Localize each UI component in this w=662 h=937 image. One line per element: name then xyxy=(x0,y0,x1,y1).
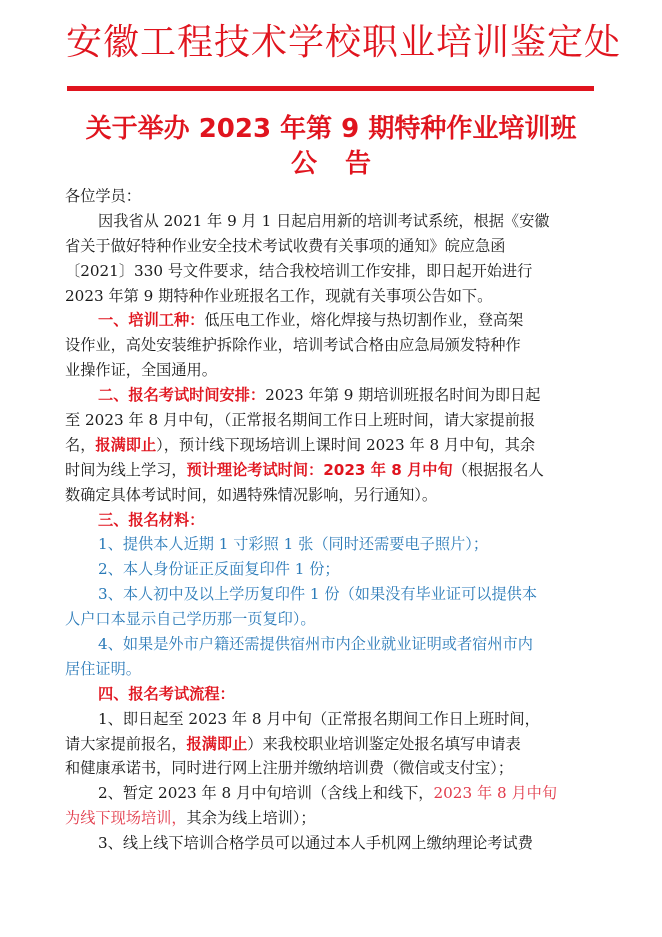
section-2-line: 名，报满即止），预计线下现场培训上课时间 2023 年 8 月中旬，其余 xyxy=(65,433,597,458)
salutation: 各位学员： xyxy=(65,184,597,209)
process-item: 和健康承诺书，同时进行网上注册并缴纳培训费（微信或支付宝）； xyxy=(65,756,597,781)
process-item: 3、线上线下培训合格学员可以通过本人手机网上缴纳理论考试费 xyxy=(65,831,597,856)
section-2-line: 二、报名考试时间安排：2023 年第 9 期培训班报名时间为即日起 xyxy=(65,383,597,408)
highlight-onsite-training: 为线下现场培训， xyxy=(65,809,187,827)
process-text: 其余为线上培训）； xyxy=(187,809,316,827)
intro-line: 因我省从 2021 年 9 月 1 日起启用新的培训考试系统，根据《安徽 xyxy=(65,209,597,234)
section-1-text: 低压电工作业，熔化焊接与热切割作业，登高架 xyxy=(204,311,523,329)
organization-header: 安徽工程技术学校职业培训鉴定处 xyxy=(66,18,596,68)
highlight-full-stop: 报满即止 xyxy=(95,436,156,454)
process-item: 为线下现场培训，其余为线上培训）； xyxy=(65,806,597,831)
section-1-line: 一、培训工种：低压电工作业，熔化焊接与热切割作业，登高架 xyxy=(65,308,597,333)
document-title: 关于举办 2023 年第 9 期特种作业培训班 xyxy=(0,111,662,147)
section-2-text: 时间为线上学习， xyxy=(65,461,187,479)
intro-line: 2023 年第 9 期特种作业班报名工作，现就有关事项公告如下。 xyxy=(65,284,597,309)
document-body: 各位学员： 因我省从 2021 年 9 月 1 日起启用新的培训考试系统，根据《… xyxy=(65,184,597,856)
section-2-line: 时间为线上学习，预计理论考试时间：2023 年 8 月中旬（根据报名人 xyxy=(65,458,597,483)
section-1-heading: 一、培训工种： xyxy=(98,311,204,329)
section-2-text: 名， xyxy=(65,436,95,454)
highlight-full-stop: 报满即止 xyxy=(187,735,248,753)
material-item: 居住证明。 xyxy=(65,657,597,682)
section-2-text: 2023 年第 9 期培训班报名时间为即日起 xyxy=(265,386,540,404)
process-text: 2、暂定 2023 年 8 月中旬培训（含线上和线下， xyxy=(98,784,433,802)
section-2-heading: 二、报名考试时间安排： xyxy=(98,386,265,404)
section-3-heading: 三、报名材料： xyxy=(65,508,597,533)
material-item: 4、如果是外市户籍还需提供宿州市内企业就业证明或者宿州市内 xyxy=(65,632,597,657)
process-text: 请大家提前报名， xyxy=(65,735,187,753)
material-item: 2、本人身份证正反面复印件 1 份； xyxy=(65,557,597,582)
material-item: 人户口本显示自己学历那一页复印）。 xyxy=(65,607,597,632)
intro-line: 〔2021〕330 号文件要求，结合我校培训工作安排，即日起开始进行 xyxy=(65,259,597,284)
process-text: ）来我校职业培训鉴定处报名填写申请表 xyxy=(247,735,520,753)
document-subtitle: 公告 xyxy=(0,146,662,182)
highlight-onsite-date: 2023 年 8 月中旬 xyxy=(433,784,557,802)
section-1-line: 设作业，高处安装维护拆除作业，培训考试合格由应急局颁发特种作 xyxy=(65,333,597,358)
section-2-line: 数确定具体考试时间，如遇特殊情况影响，另行通知）。 xyxy=(65,483,597,508)
highlight-exam-time: 预计理论考试时间：2023 年 8 月中旬 xyxy=(187,461,453,479)
process-item: 请大家提前报名，报满即止）来我校职业培训鉴定处报名填写申请表 xyxy=(65,732,597,757)
section-2-line: 至 2023 年 8 月中旬，（正常报名期间工作日上班时间，请大家提前报 xyxy=(65,408,597,433)
process-item: 1、即日起至 2023 年 8 月中旬（正常报名期间工作日上班时间， xyxy=(65,707,597,732)
section-2-text: （根据报名人 xyxy=(453,461,544,479)
header-divider xyxy=(67,86,594,91)
section-1-line: 业操作证，全国通用。 xyxy=(65,358,597,383)
section-2-text: ），预计线下现场培训上课时间 2023 年 8 月中旬，其余 xyxy=(156,436,535,454)
process-item: 2、暂定 2023 年 8 月中旬培训（含线上和线下，2023 年 8 月中旬 xyxy=(65,781,597,806)
intro-line: 省关于做好特种作业安全技术考试收费有关事项的通知》皖应急函 xyxy=(65,234,597,259)
material-item: 1、提供本人近期 1 寸彩照 1 张（同时还需要电子照片）； xyxy=(65,532,597,557)
section-4-heading: 四、报名考试流程： xyxy=(65,682,597,707)
material-item: 3、本人初中及以上学历复印件 1 份（如果没有毕业证可以提供本 xyxy=(65,582,597,607)
